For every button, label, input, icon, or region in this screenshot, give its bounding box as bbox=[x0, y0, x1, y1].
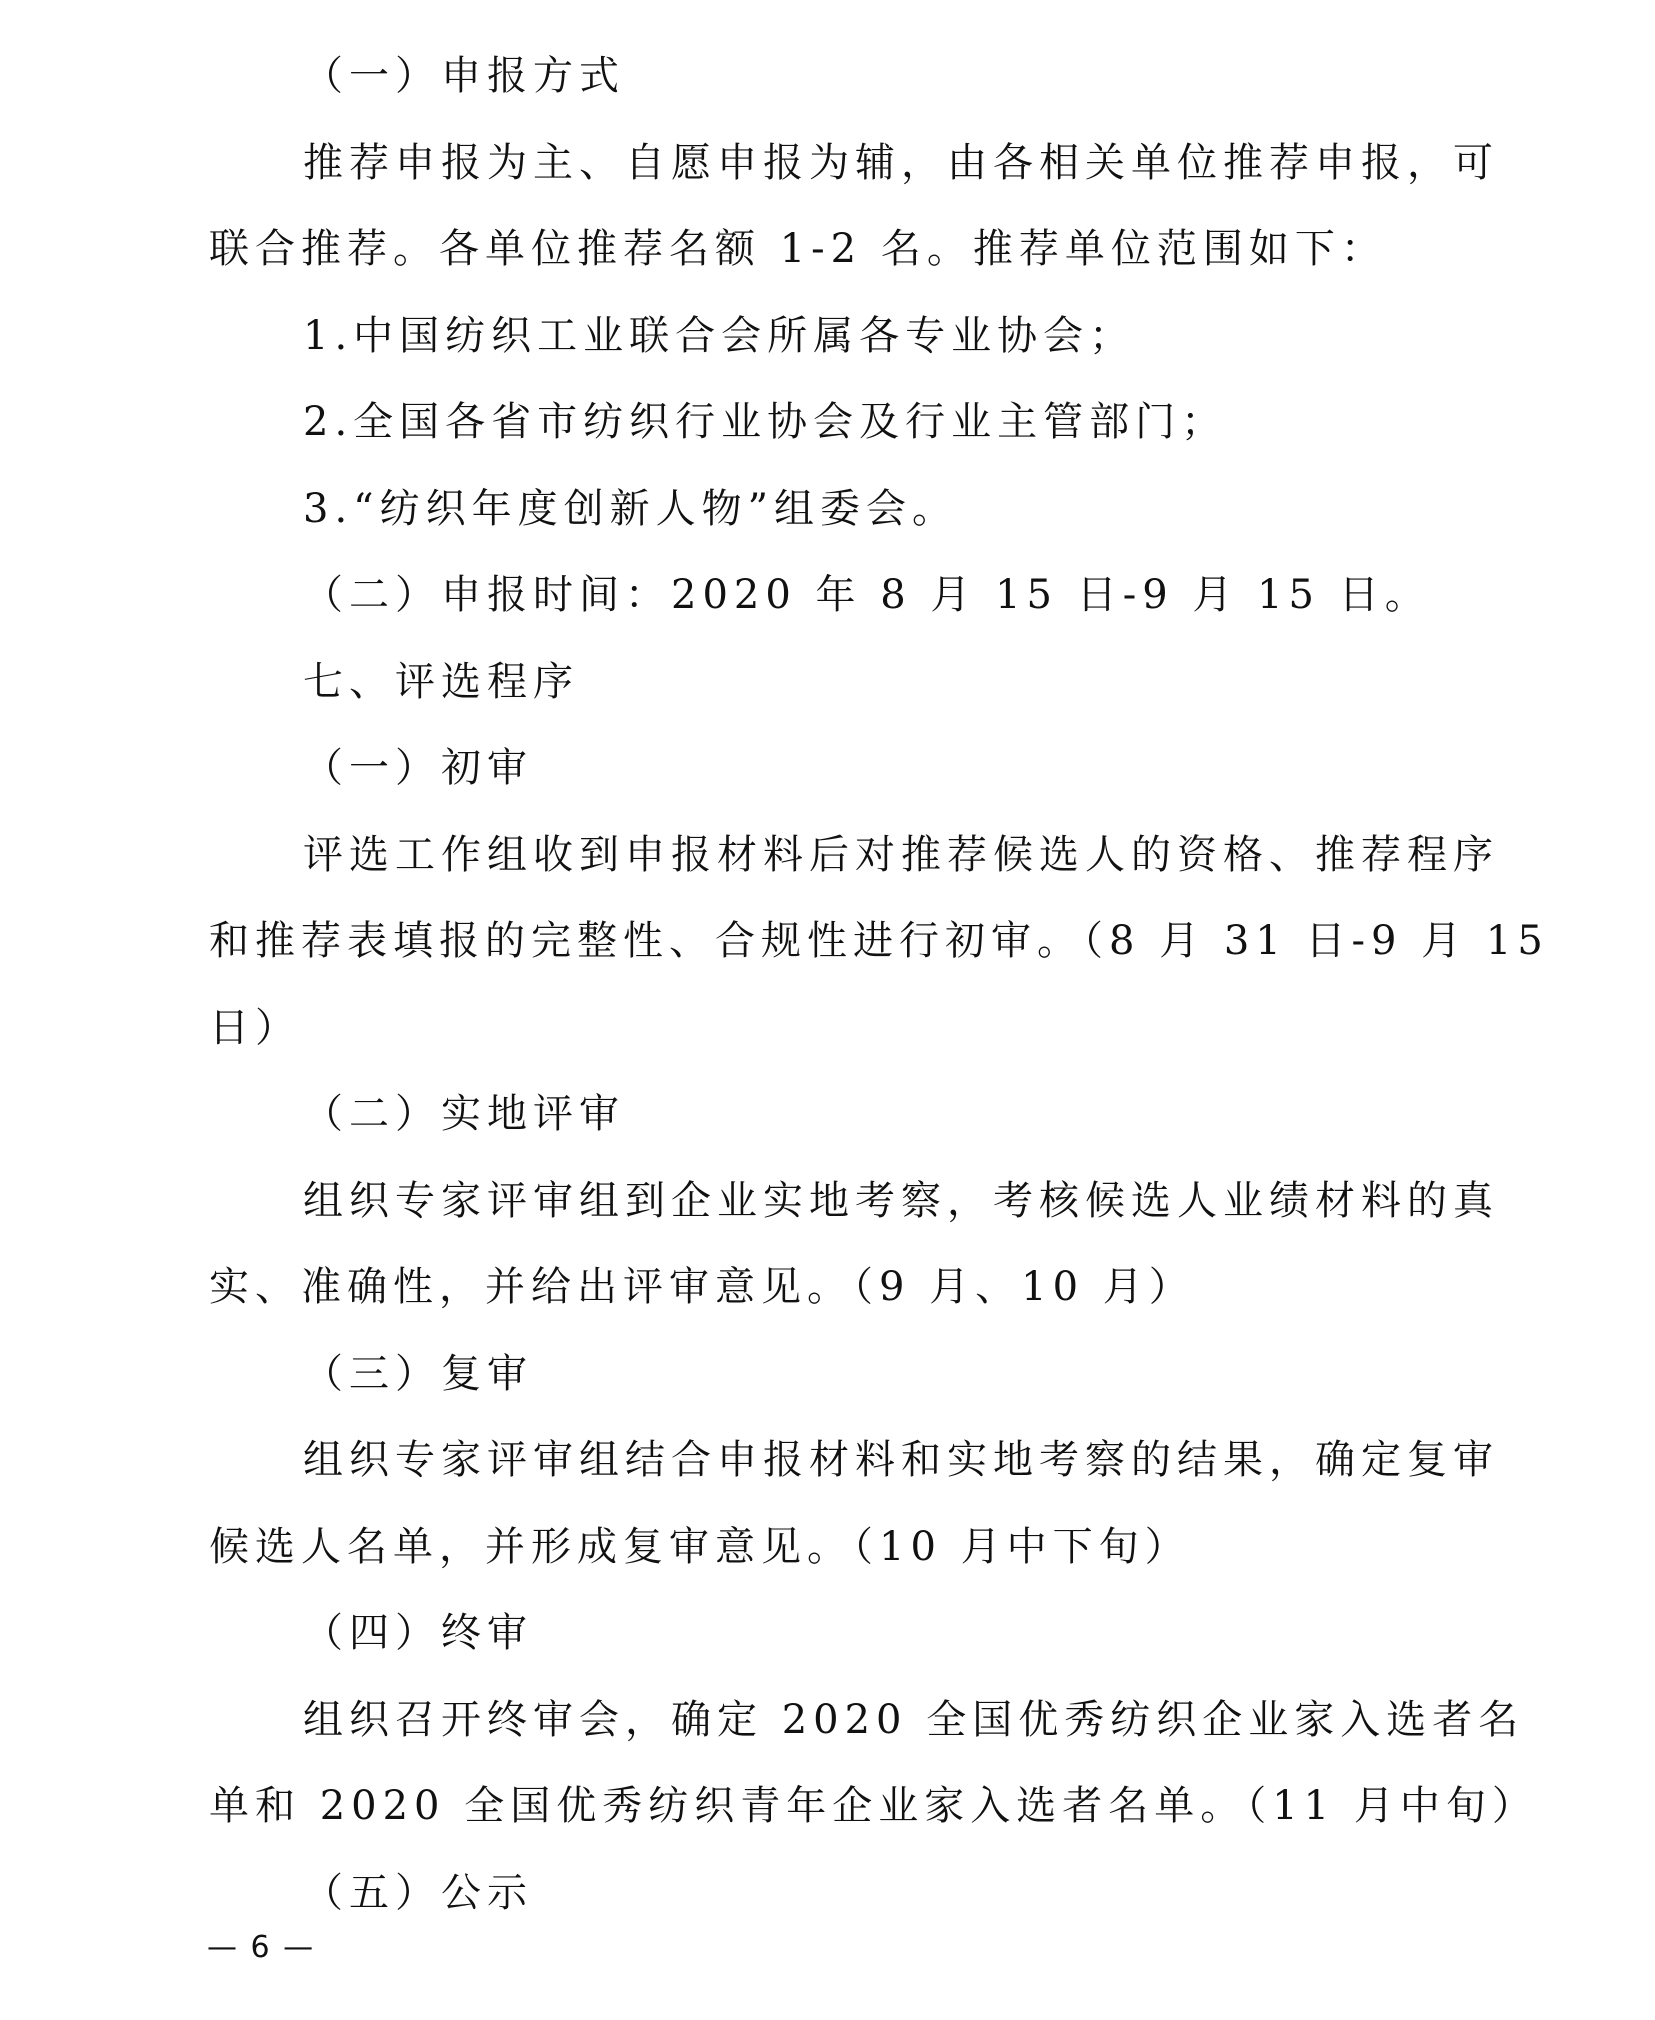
list-item-3: 3.“纺织年度创新人物”组委会。 bbox=[303, 479, 1603, 539]
list-item-1: 1.中国纺织工业联合会所属各专业协会； bbox=[303, 306, 1603, 366]
paragraph-line: 日） bbox=[209, 998, 1509, 1058]
paragraph-line: 组织专家评审组到企业实地考察，考核候选人业绩材料的真 bbox=[303, 1171, 1603, 1231]
paragraph-line: 和推荐表填报的完整性、合规性进行初审。（8 月 31 日-9 月 15 bbox=[209, 911, 1509, 971]
paragraph-line: 实、准确性，并给出评审意见。（9 月、10 月） bbox=[209, 1257, 1509, 1317]
page-number: — 6 — bbox=[207, 1928, 315, 1968]
paragraph-line: 联合推荐。各单位推荐名额 1-2 名。推荐单位范围如下： bbox=[209, 219, 1509, 279]
section-heading-selection-procedure: 七、评选程序 bbox=[303, 652, 1603, 712]
subheading-onsite-review: （二）实地评审 bbox=[303, 1084, 1603, 1144]
paragraph-line: 组织专家评审组结合申报材料和实地考察的结果，确定复审 bbox=[303, 1430, 1603, 1490]
subheading-application-time: （二）申报时间：2020 年 8 月 15 日-9 月 15 日。 bbox=[303, 565, 1603, 625]
list-item-2: 2.全国各省市纺织行业协会及行业主管部门； bbox=[303, 392, 1603, 452]
subheading-public-notice: （五）公示 bbox=[303, 1863, 1603, 1923]
paragraph-line: 候选人名单，并形成复审意见。（10 月中下旬） bbox=[209, 1517, 1509, 1577]
paragraph-line: 评选工作组收到申报材料后对推荐候选人的资格、推荐程序 bbox=[303, 825, 1603, 885]
subheading-final-review: （四）终审 bbox=[303, 1603, 1603, 1663]
document-page: （一）申报方式 推荐申报为主、自愿申报为辅，由各相关单位推荐申报，可 联合推荐。… bbox=[0, 0, 1655, 2020]
paragraph-line: 组织召开终审会，确定 2020 全国优秀纺织企业家入选者名 bbox=[303, 1690, 1603, 1750]
paragraph-line: 推荐申报为主、自愿申报为辅，由各相关单位推荐申报，可 bbox=[303, 133, 1603, 193]
subheading-preliminary-review: （一）初审 bbox=[303, 738, 1603, 798]
subheading-application-method: （一）申报方式 bbox=[303, 46, 1603, 106]
paragraph-line: 单和 2020 全国优秀纺织青年企业家入选者名单。（11 月中旬） bbox=[209, 1776, 1509, 1836]
subheading-second-review: （三）复审 bbox=[303, 1344, 1603, 1404]
